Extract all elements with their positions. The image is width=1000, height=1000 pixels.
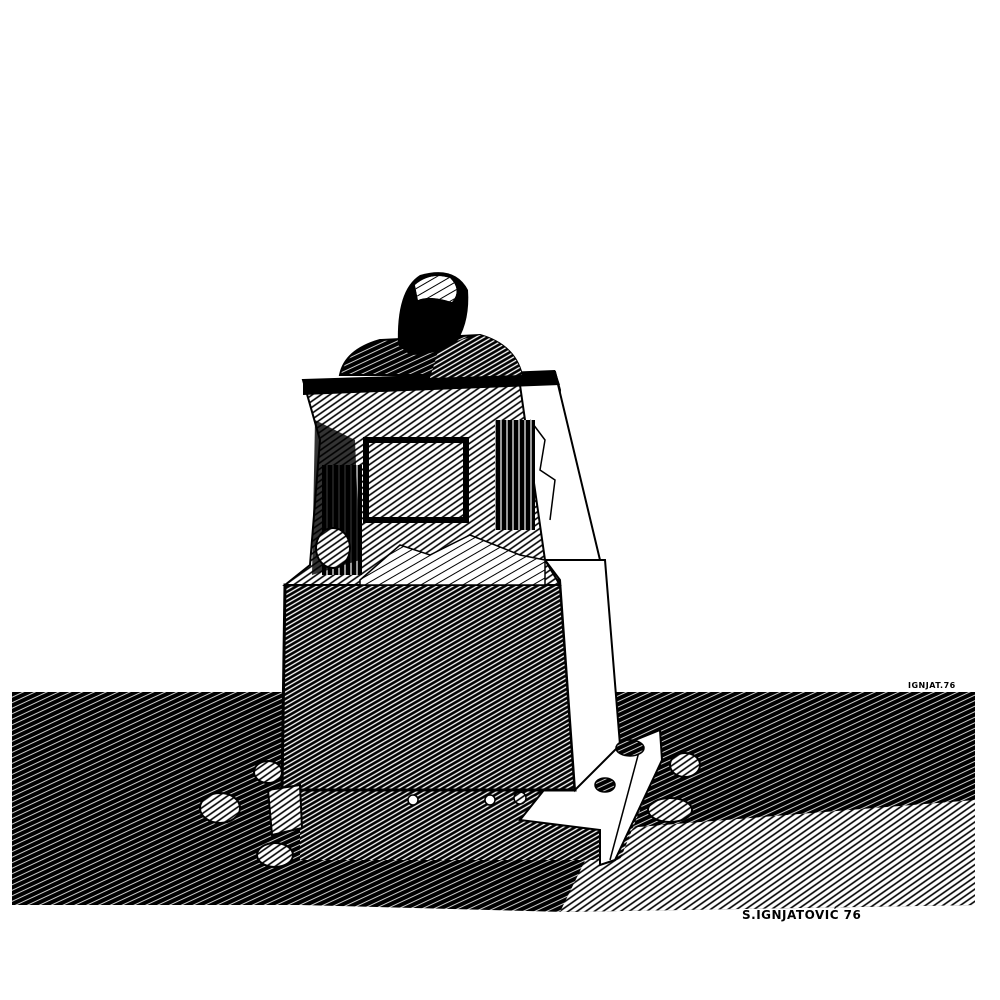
artist-signature: S.IGNJATOVIĆ 76 (742, 908, 861, 922)
monument-drawing (0, 0, 1000, 1000)
bust (340, 272, 522, 378)
pedestal-lower (282, 560, 620, 790)
corner-signature: IGNJAT.76 (908, 681, 956, 690)
pedestal-upper (285, 370, 600, 585)
